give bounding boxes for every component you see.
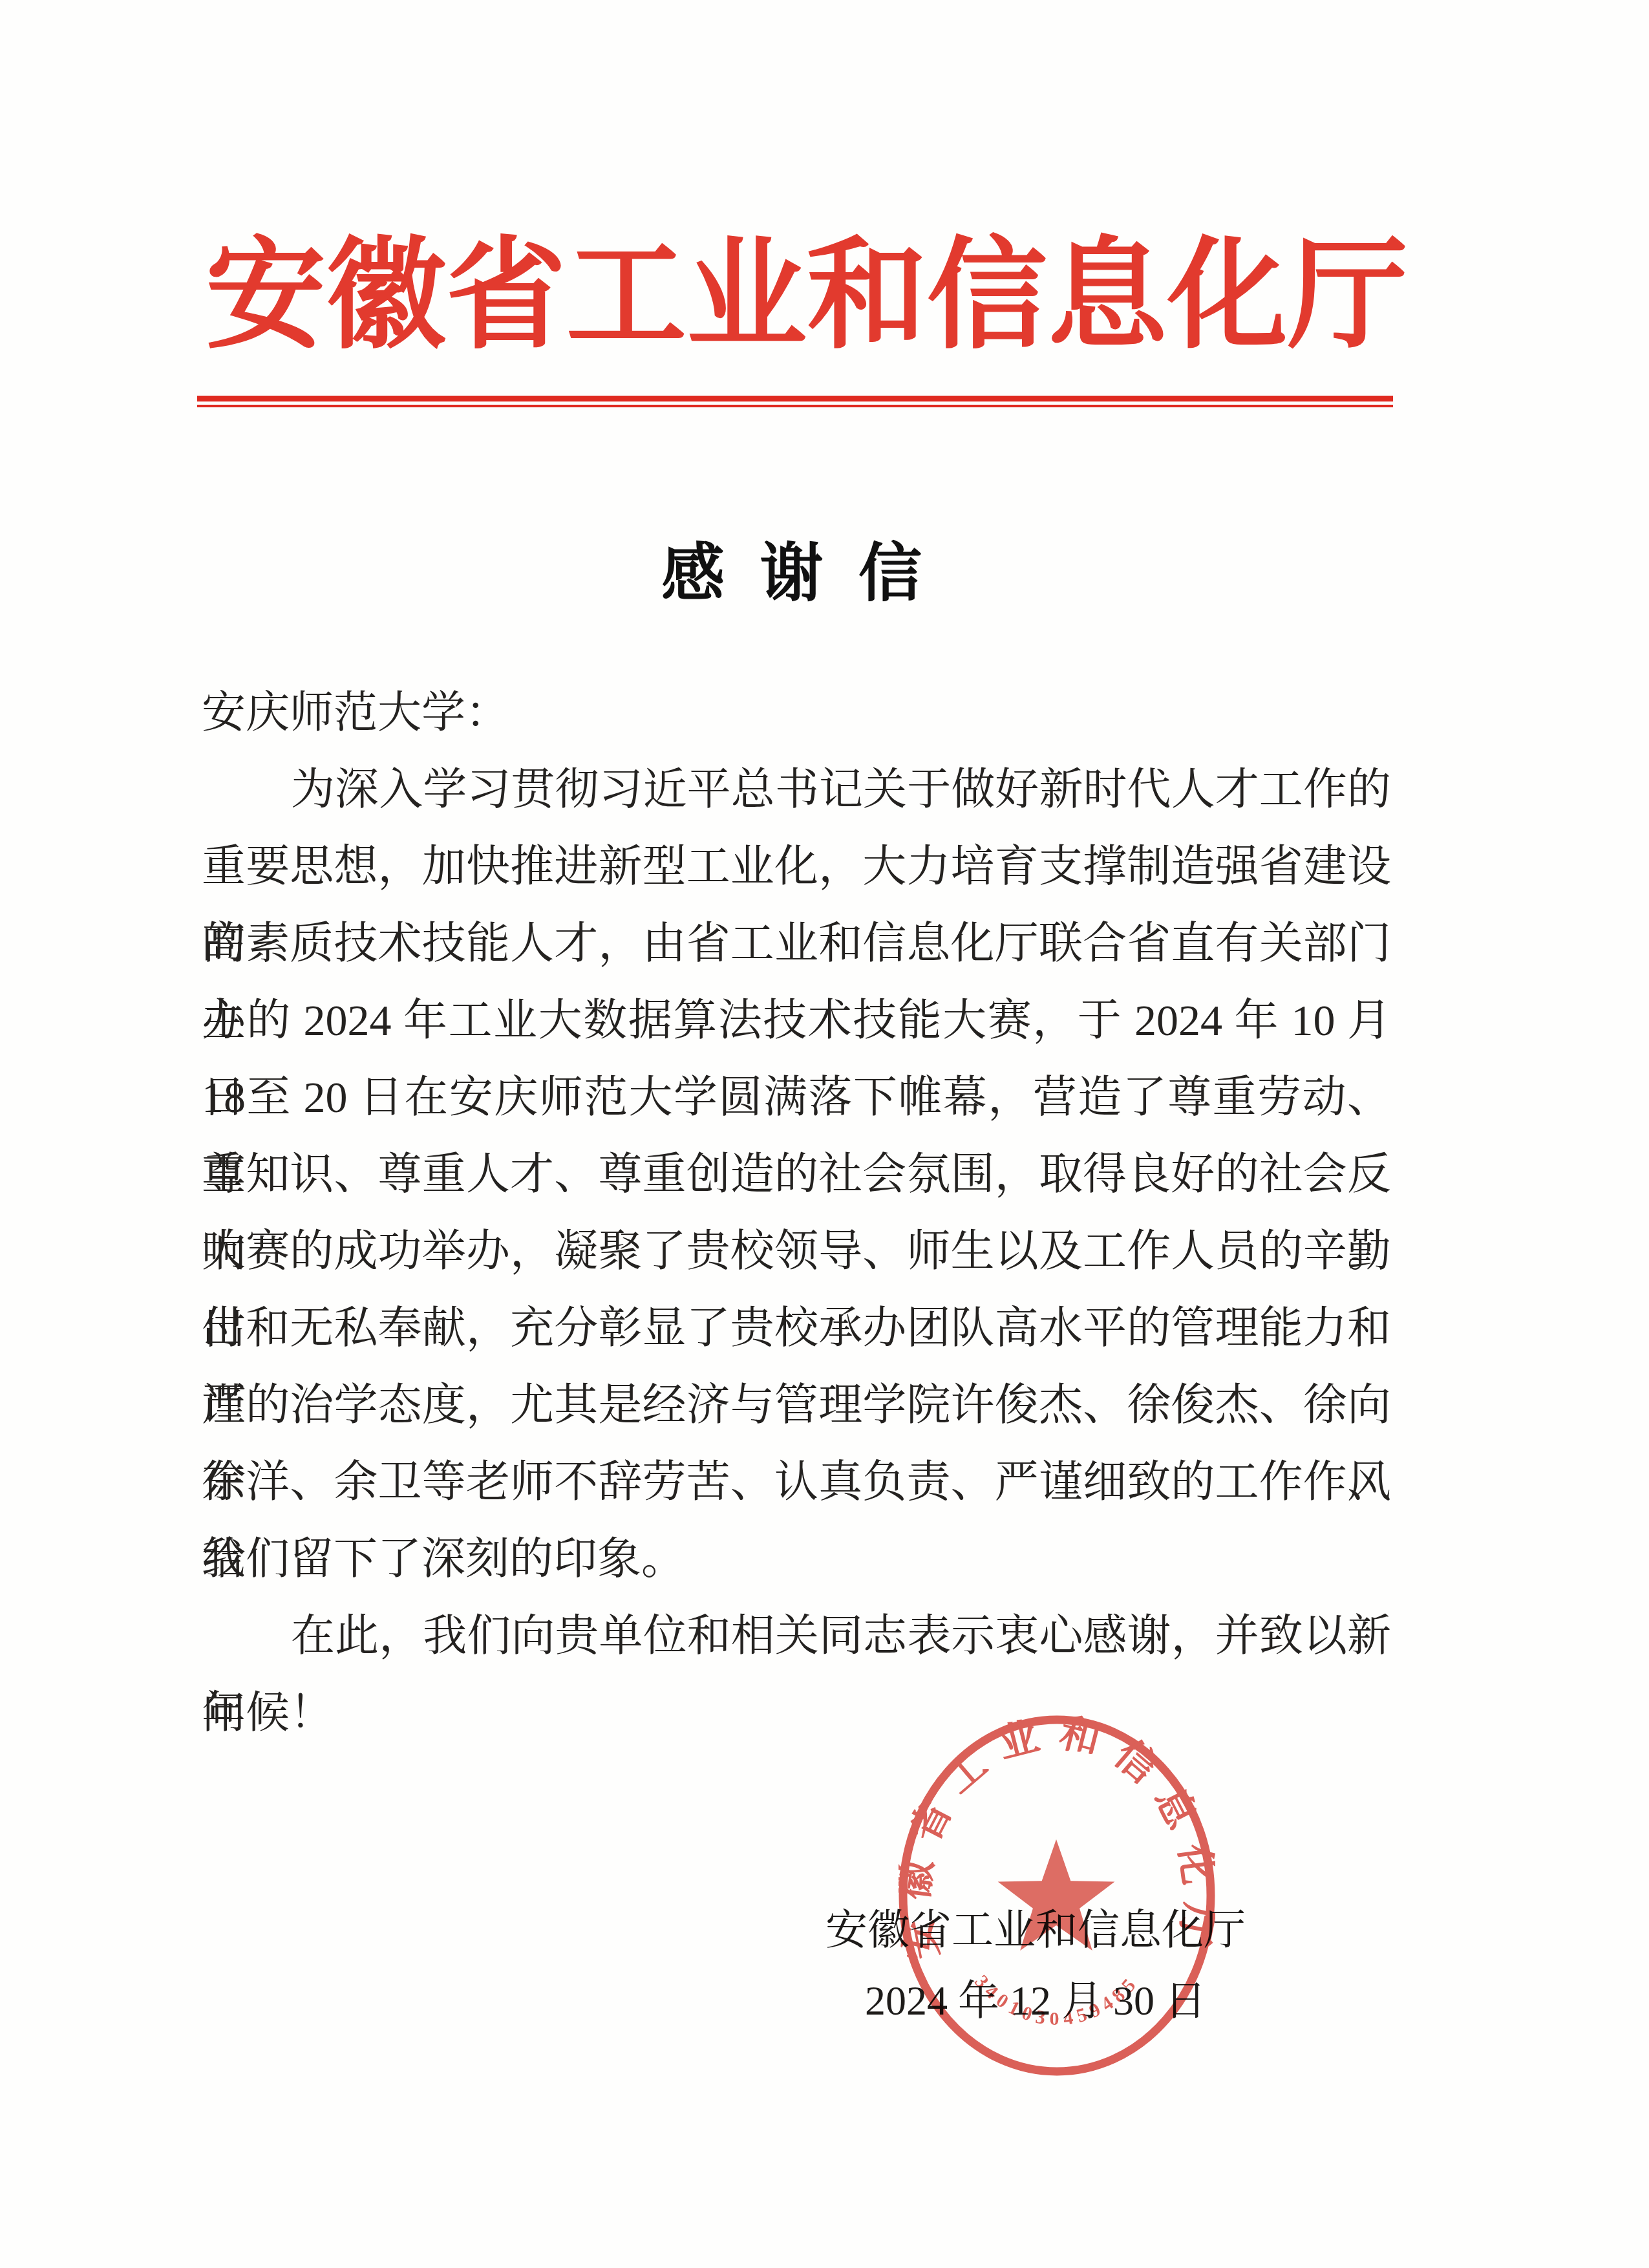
svg-text:安徽省工业和信息化厅: 安徽省工业和信息化厅 (899, 1715, 1215, 1963)
body-line: 在此，我们向贵单位和相关同志表示衷心感谢，并致以新年 (202, 1598, 1391, 1674)
official-seal: 安徽省工业和信息化厅 3401030459485 (899, 1715, 1215, 2077)
letter-body: 安庆师范大学： 为深入学习贯彻习近平总书记关于做好新时代人才工作的 重要思想，加… (202, 674, 1391, 1751)
letterhead-title: 安徽省工业和信息化厅 (206, 228, 1387, 367)
body-line: 日至 20 日在安庆师范大学圆满落下帷幕，营造了尊重劳动、尊 (202, 1059, 1391, 1136)
body-line: 我们留下了深刻的印象。 (202, 1521, 1391, 1598)
body-line: 高素质技术技能人才，由省工业和信息化厅联合省直有关部门主 (202, 905, 1391, 982)
seal-code: 3401030459485 (970, 1971, 1143, 2029)
body-line: 为深入学习贯彻习近平总书记关于做好新时代人才工作的 (202, 751, 1391, 828)
seal-ring-text: 安徽省工业和信息化厅 (899, 1715, 1215, 1963)
svg-text:3401030459485: 3401030459485 (970, 1971, 1143, 2029)
body-line: 重要思想，加快推进新型工业化，大力培育支撑制造强省建设的 (202, 828, 1391, 905)
divider-thick-line (197, 396, 1393, 401)
body-line: 谨的治学态度，尤其是经济与管理学院许俊杰、徐俊杰、徐向东、 (202, 1367, 1391, 1444)
body-line: 大赛的成功举办，凝聚了贵校领导、师生以及工作人员的辛勤付 (202, 1213, 1391, 1290)
divider-thin-line (197, 405, 1393, 407)
body-line: 出和无私奉献，充分彰显了贵校承办团队高水平的管理能力和严 (202, 1290, 1391, 1367)
letterhead-divider (197, 396, 1393, 407)
body-line: 重知识、尊重人才、尊重创造的社会氛围，取得良好的社会反响。 (202, 1136, 1391, 1213)
seal-star-icon (998, 1839, 1115, 1951)
body-line: 办的 2024 年工业大数据算法技术技能大赛，于 2024 年 10 月 18 (202, 982, 1391, 1059)
letter-page: 安徽省工业和信息化厅 感 谢 信 安庆师范大学： 为深入学习贯彻习近平总书记关于… (0, 0, 1649, 2268)
salutation: 安庆师范大学： (202, 674, 1391, 751)
document-title: 感 谢 信 (202, 522, 1391, 614)
body-line: 徐洋、余卫等老师不辞劳苦、认真负责、严谨细致的工作作风给 (202, 1444, 1391, 1521)
